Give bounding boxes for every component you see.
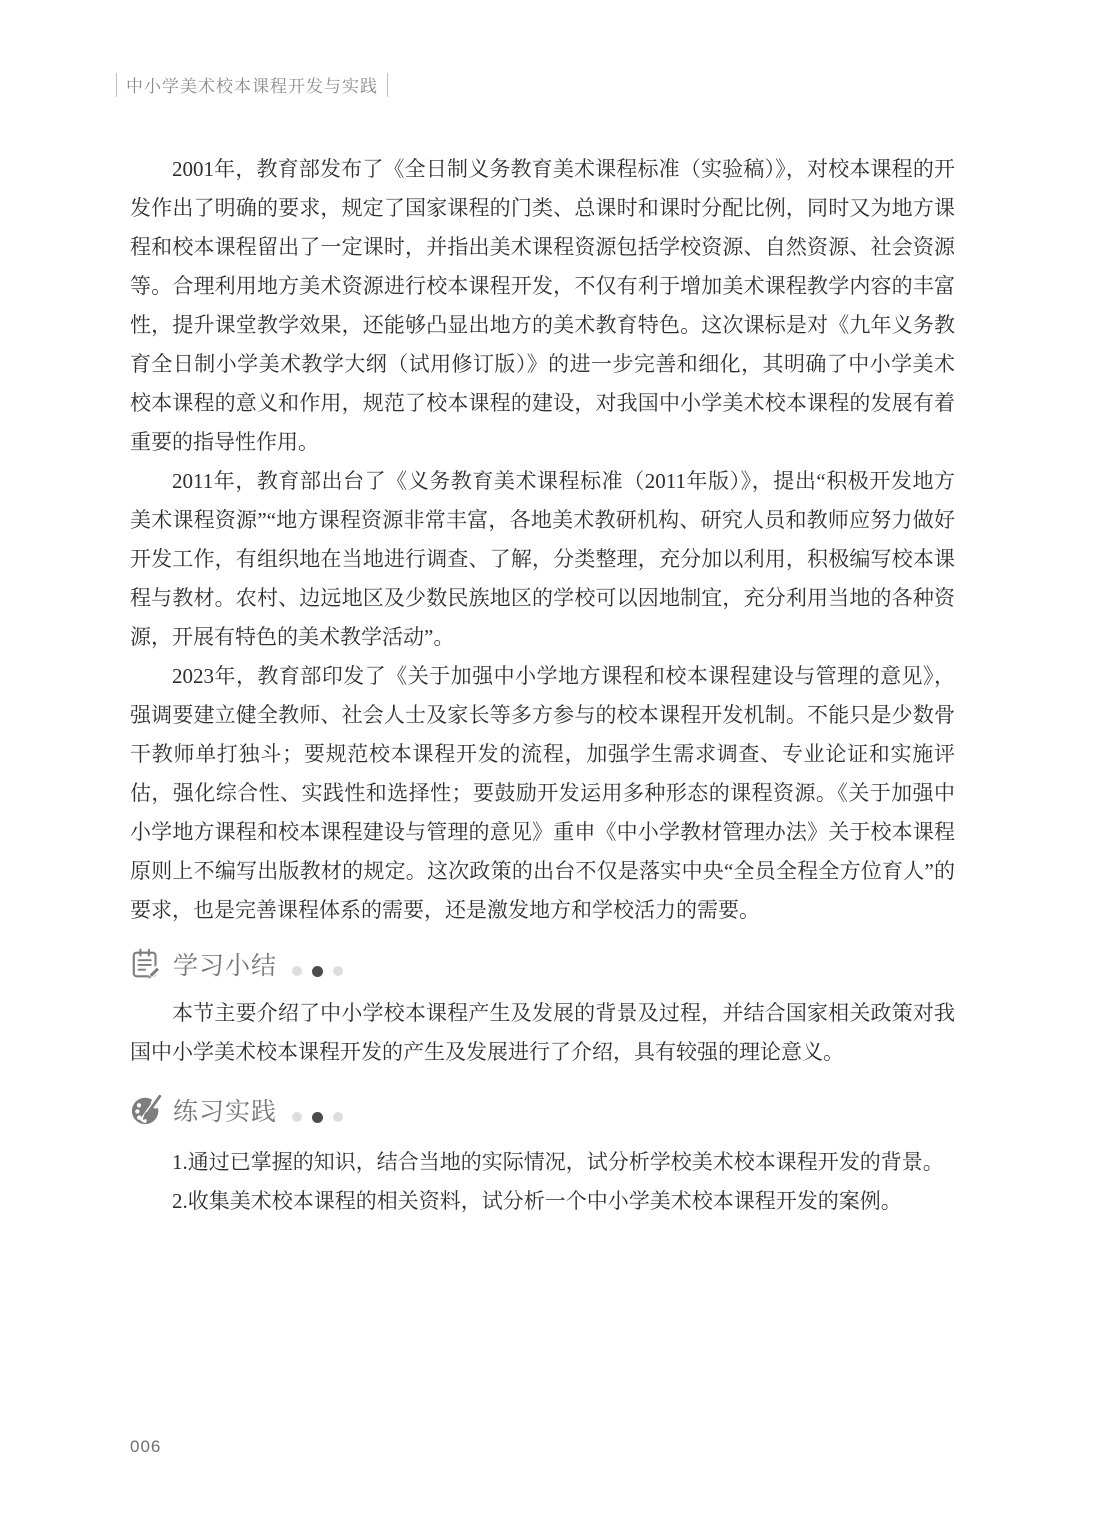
running-head-left-bar: [116, 73, 117, 97]
body-paragraph-2001: 2001年，教育部发布了《全日制义务教育美术课程标准（实验稿）》，对校本课程的开…: [130, 150, 955, 462]
page-number: 006: [130, 1437, 161, 1457]
dot-light: [333, 966, 343, 976]
memo-pencil-icon: [130, 947, 164, 981]
dot-dark: [312, 1112, 323, 1123]
book-title: 中小学美术校本课程开发与实践: [126, 72, 378, 97]
practice-section-title: 练习实践: [173, 1092, 277, 1128]
exercise-item-1: 1.通过已掌握的知识，结合当地的实际情况，试分析学校美术校本课程开发的背景。: [130, 1143, 955, 1182]
heading-ornament-dots: [292, 1112, 353, 1123]
summary-paragraph: 本节主要介绍了中小学校本课程产生及发展的背景及过程，并结合国家相关政策对我国中小…: [130, 994, 955, 1072]
running-head-right-bar: [387, 73, 388, 97]
dot-dark: [312, 966, 323, 977]
exercise-item-2: 2.收集美术校本课程的相关资料，试分析一个中小学美术校本课程开发的案例。: [130, 1182, 955, 1221]
summary-section-title: 学习小结: [173, 946, 277, 982]
body-paragraph-2023: 2023年，教育部印发了《关于加强中小学地方课程和校本课程建设与管理的意见》，强…: [130, 657, 955, 930]
exercise-list: 1.通过已掌握的知识，结合当地的实际情况，试分析学校美术校本课程开发的背景。 2…: [130, 1143, 955, 1221]
running-head: 中小学美术校本课程开发与实践: [116, 72, 388, 97]
practice-section-heading: 练习实践: [130, 1090, 955, 1130]
palette-brush-icon: [130, 1093, 164, 1127]
page-content: 2001年，教育部发布了《全日制义务教育美术课程标准（实验稿）》，对校本课程的开…: [130, 150, 955, 1221]
summary-section-heading: 学习小结: [130, 944, 955, 984]
body-paragraph-2011: 2011年，教育部出台了《义务教育美术课程标准（2011年版）》，提出“积极开发…: [130, 462, 955, 657]
dot-light: [292, 966, 302, 976]
book-page: { "header": { "title": "中小学美术校本课程开发与实践" …: [0, 0, 1100, 1532]
dot-light: [333, 1112, 343, 1122]
dot-light: [292, 1112, 302, 1122]
heading-ornament-dots: [292, 966, 353, 977]
